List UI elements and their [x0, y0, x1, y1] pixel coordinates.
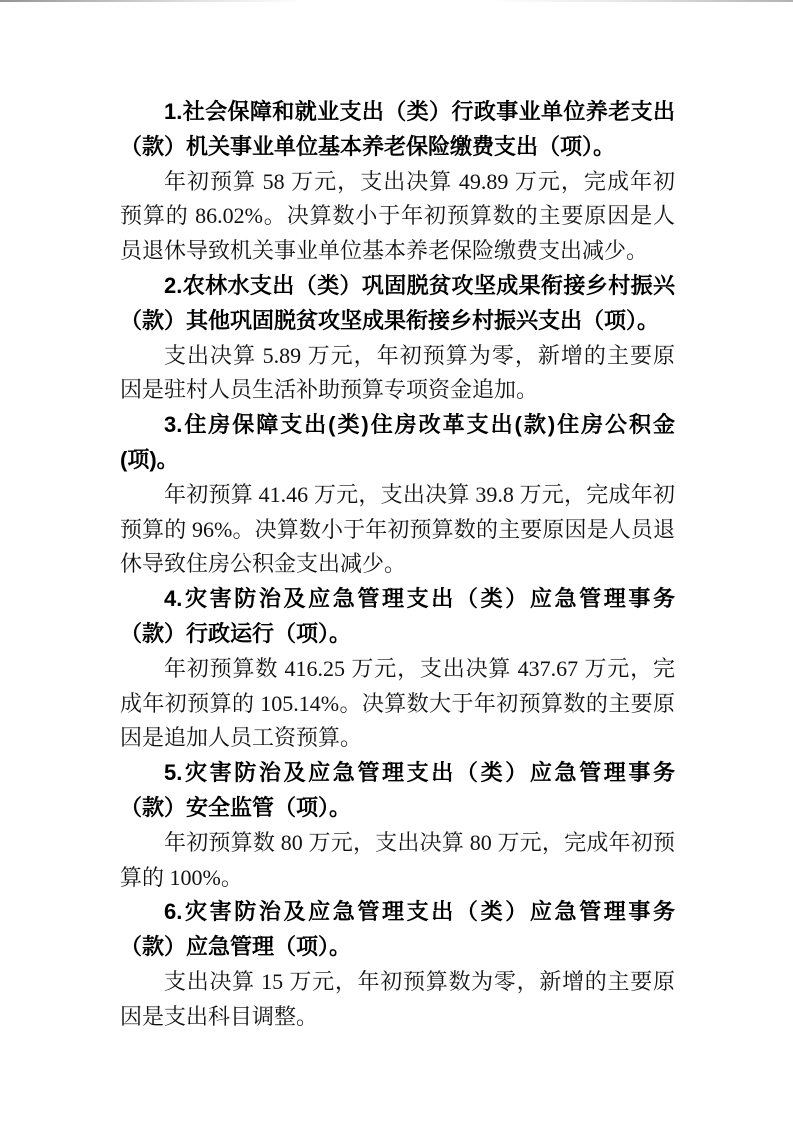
section-3-body: 年初预算 41.46 万元，支出决算 39.8 万元，完成年初预算的 96%。决… — [120, 478, 675, 582]
document-page-content: 1.社会保障和就业支出（类）行政事业单位养老支出（款）机关事业单位基本养老保险缴… — [0, 0, 793, 1035]
section-2-body: 支出决算 5.89 万元，年初预算为零，新增的主要原因是驻村人员生活补助预算专项… — [120, 339, 675, 409]
section-6-heading: 6.灾害防治及应急管理支出（类）应急管理事务（款）应急管理（项）。 — [120, 895, 675, 965]
section-1-heading: 1.社会保障和就业支出（类）行政事业单位养老支出（款）机关事业单位基本养老保险缴… — [120, 95, 675, 165]
section-6-body: 支出决算 15 万元，年初预算数为零，新增的主要原因是支出科目调整。 — [120, 965, 675, 1035]
section-1-body: 年初预算 58 万元，支出决算 49.89 万元，完成年初预算的 86.02%。… — [120, 165, 675, 269]
section-4-heading: 4.灾害防治及应急管理支出（类）应急管理事务（款）行政运行（项）。 — [120, 582, 675, 652]
section-5-heading: 5.灾害防治及应急管理支出（类）应急管理事务（款）安全监管（项）。 — [120, 756, 675, 826]
section-2-heading: 2.农林水支出（类）巩固脱贫攻坚成果衔接乡村振兴（款）其他巩固脱贫攻坚成果衔接乡… — [120, 269, 675, 339]
section-3-heading: 3.住房保障支出(类)住房改革支出(款)住房公积金(项)。 — [120, 408, 675, 478]
page-top-edge-artifact — [0, 0, 793, 2]
section-5-body: 年初预算数 80 万元，支出决算 80 万元，完成年初预算的 100%。 — [120, 826, 675, 896]
section-4-body: 年初预算数 416.25 万元，支出决算 437.67 万元，完成年初预算的 1… — [120, 652, 675, 756]
